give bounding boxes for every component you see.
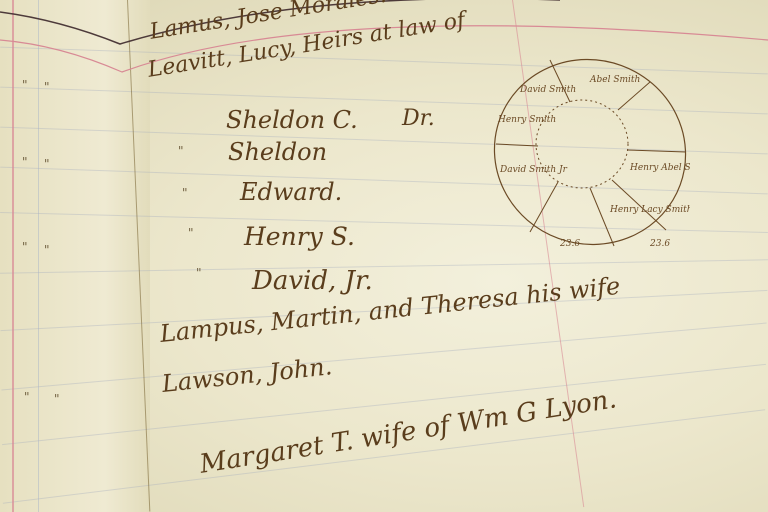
plat-label: Henry Smith xyxy=(497,115,556,125)
plat-label: Henry Lacy Smith xyxy=(609,205,690,215)
entry-line: Margaret T. wife of Wm G Lyon. xyxy=(198,384,619,480)
ditto-mark: " xyxy=(22,155,28,169)
ditto-mark: " xyxy=(44,243,50,257)
entry-line: David, Jr. xyxy=(252,266,373,296)
ditto-mark: " xyxy=(182,186,188,200)
plat-label: 23.6 xyxy=(649,239,670,249)
ditto-mark: " xyxy=(24,390,30,404)
ditto-mark: " xyxy=(196,266,202,280)
plat-label: 23.6 xyxy=(559,239,580,249)
ditto-mark: " xyxy=(44,157,50,171)
plat-label: David Smith xyxy=(519,85,576,95)
plat-label: Henry Abel Smith xyxy=(629,163,690,173)
ditto-mark: " xyxy=(22,78,28,92)
entry-note: Dr. xyxy=(402,106,435,131)
entry-line: Edward. xyxy=(240,178,342,206)
plat-diagram: David Smith Henry Smith Abel Smith Henry… xyxy=(490,52,690,252)
ditto-mark: " xyxy=(188,226,194,240)
plat-label: Abel Smith xyxy=(589,75,640,85)
entry-line: Sheldon C. xyxy=(226,106,358,134)
ditto-mark: " xyxy=(178,144,184,158)
ditto-mark: " xyxy=(22,240,28,254)
ditto-mark: " xyxy=(54,392,60,406)
plat-label: David Smith Jr xyxy=(499,165,568,175)
entry-line: Sheldon xyxy=(228,138,327,166)
ledger-photo: " " " " " " " " Lamus, Jose Morales. The… xyxy=(0,0,768,512)
ditto-mark: " xyxy=(44,80,50,94)
entry-line: Lampus, Martin, and Theresa his wife xyxy=(159,272,622,348)
entry-line: Henry S. xyxy=(244,222,355,251)
entry-line: Lawson, John. xyxy=(161,352,334,398)
